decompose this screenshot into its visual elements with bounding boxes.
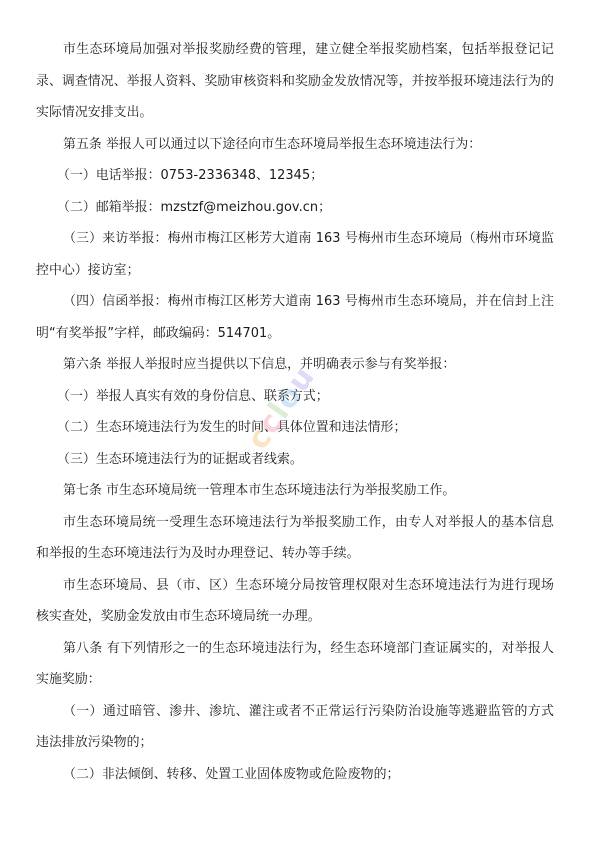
required-info-identity: （一）举报人真实有效的身份信息、联系方式； (36, 381, 554, 413)
report-channel-visit: （三）来访举报：梅州市梅江区彬芳大道南 163 号梅州市生态环境局（梅州市环境监… (36, 223, 554, 286)
article-6-heading: 第六条 举报人举报时应当提供以下信息，并明确表示参与有奖举报： (36, 349, 554, 381)
report-channel-letter: （四）信函举报：梅州市梅江区彬芳大道南 163 号梅州市生态环境局，并在信封上注… (36, 286, 554, 349)
required-info-time-location: （二）生态环境违法行为发生的时间、具体位置和违法情形； (36, 412, 554, 444)
paragraph-verification: 市生态环境局、县（市、区）生态环境分局按管理权限对生态环境违法行为进行现场核实查… (36, 570, 554, 633)
paragraph-unified-acceptance: 市生态环境局统一受理生态环境违法行为举报奖励工作，由专人对举报人的基本信息和举报… (36, 507, 554, 570)
report-channel-phone: （一）电话举报：0753-2336348、12345； (36, 160, 554, 192)
document-page: 市生态环境局加强对举报奖励经费的管理，建立健全举报奖励档案，包括举报登记记录、调… (36, 34, 554, 790)
paragraph-fund-management: 市生态环境局加强对举报奖励经费的管理，建立健全举报奖励档案，包括举报登记记录、调… (36, 34, 554, 129)
report-channel-email: （二）邮箱举报：mzstzf@meizhou.gov.cn； (36, 192, 554, 224)
article-5-heading: 第五条 举报人可以通过以下途径向市生态环境局举报生态环境违法行为： (36, 129, 554, 161)
reward-case-2: （二）非法倾倒、转移、处置工业固体废物或危险废物的； (36, 759, 554, 791)
article-8-heading: 第八条 有下列情形之一的生态环境违法行为，经生态环境部门查证属实的，对举报人实施… (36, 633, 554, 696)
article-7-heading: 第七条 市生态环境局统一管理本市生态环境违法行为举报奖励工作。 (36, 475, 554, 507)
required-info-evidence: （三）生态环境违法行为的证据或者线索。 (36, 444, 554, 476)
reward-case-1: （一）通过暗管、渗井、渗坑、灌注或者不正常运行污染防治设施等逃避监管的方式违法排… (36, 696, 554, 759)
